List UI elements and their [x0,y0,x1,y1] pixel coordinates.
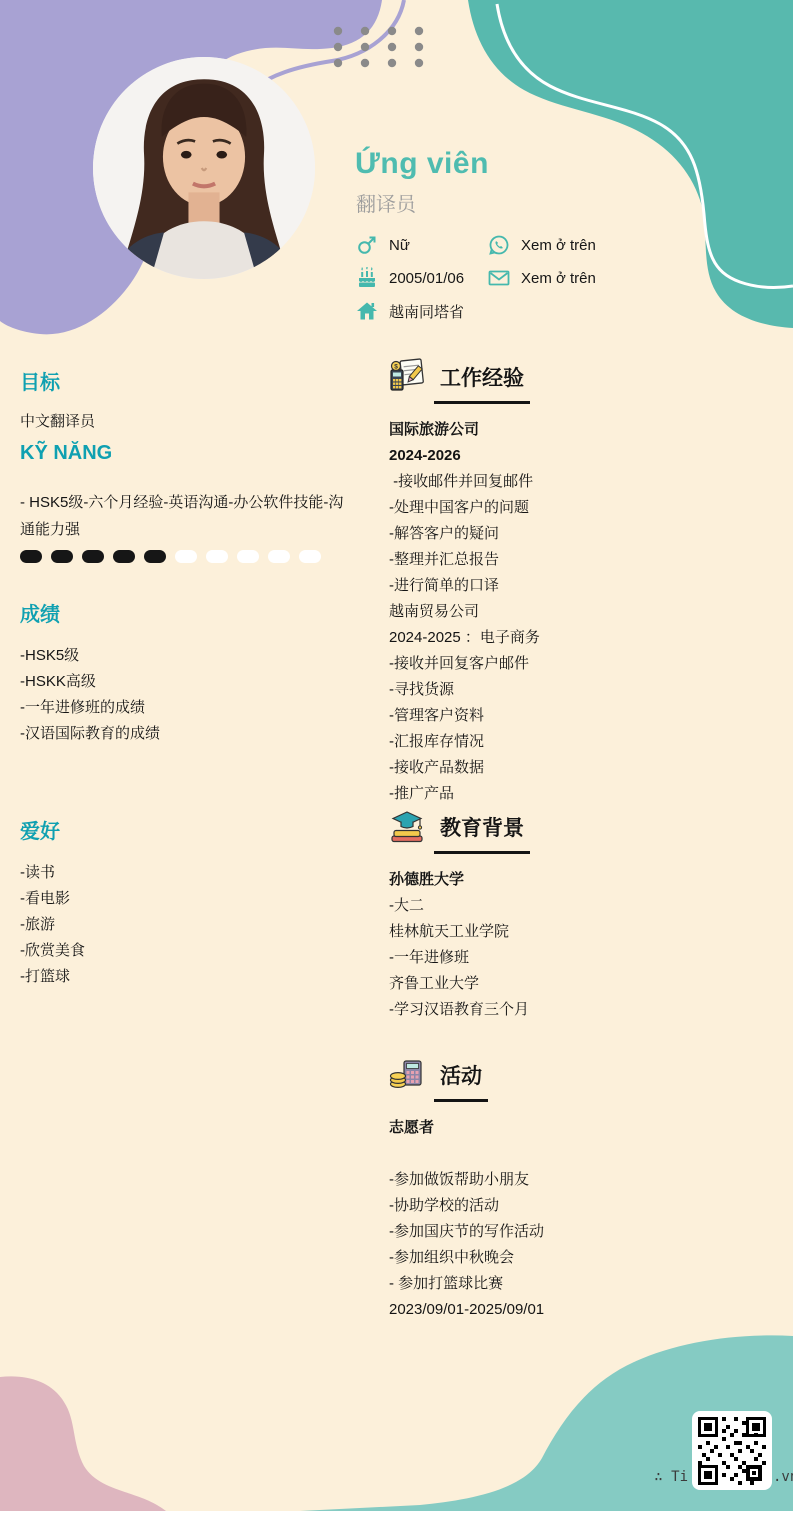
contact-email-value: Xem ở trên [521,270,596,287]
objective-title: 目标 [20,366,352,395]
list-item: -打篮球 [20,964,352,990]
work-experience-icon: $ [389,358,425,394]
experience-item: -接收产品数据 [389,755,787,781]
section-hobbies: 爱好 -读书 -看电影 -旅游 -欣赏美食 -打篮球 [20,815,352,990]
candidate-name: Ứng viên [355,147,489,181]
birthday-cake-icon [356,267,378,289]
contact-gender-value: Nữ [389,237,410,254]
experience-item: 2024-2025 ：电子商务 [389,625,787,651]
contact-address-value: 越南同塔省 [389,301,464,322]
contact-birthday: 2005/01/06 [356,267,464,289]
skill-pill [206,550,228,563]
list-item: -读书 [20,860,352,886]
watermark-text-left: ∴ Ti [600,1469,688,1485]
activity-item: -协助学校的活动 [389,1193,787,1219]
experience-item: -管理客户资料 [389,703,787,729]
education-header: 教育背景 [389,808,787,854]
section-experience: $ 工作经验 国际旅游公司 2024-2026 -接收邮件并回复邮件 -处理中国… [389,358,787,807]
cv-page: Ứng viên 翻译员 Nữ 2005/01/06 越南同塔省 Xem ở t… [0,0,793,1511]
envelope-icon [488,267,510,289]
svg-text:$: $ [394,364,398,371]
experience-item: -推广产品 [389,781,787,807]
blank-line [389,1141,787,1167]
experience-item: -处理中国客户的问题 [389,495,787,521]
experience-item: -整理并汇总报告 [389,547,787,573]
section-skills: KỸ NĂNG - HSK5级-六个月经验-英语沟通-办公软件技能-沟通能力强 [20,442,352,563]
experience-header: $ 工作经验 [389,358,787,404]
education-title: 教育背景 [434,808,530,854]
activity-item: -参加组织中秋晚会 [389,1245,787,1271]
skill-pill [175,550,197,563]
list-item: -旅游 [20,912,352,938]
list-item: -HSK5级 [20,643,352,669]
section-activities: 活动 志愿者 -参加做饭帮助小朋友 -协助学校的活动 -参加国庆节的写作活动 -… [389,1056,787,1323]
experience-item: -进行简单的口译 [389,573,787,599]
education-item: -一年进修班 [389,945,787,971]
graduation-books-icon [389,808,425,844]
activities-role: 志愿者 [389,1115,787,1141]
hobbies-title: 爱好 [20,815,352,844]
pink-blob-bottom-left [0,1376,166,1511]
skills-content: - HSK5级-六个月经验-英语沟通-办公软件技能-沟通能力强 [20,489,352,543]
education-school: 孙德胜大学 [389,867,787,893]
watermark-text-right: .vn [773,1469,793,1485]
contact-gender: Nữ [356,234,410,256]
education-item: -学习汉语教育三个月 [389,997,787,1023]
activity-item: -参加做饭帮助小朋友 [389,1167,787,1193]
dots-grid [334,27,423,67]
section-objective: 目标 中文翻译员 [20,366,352,435]
activity-item: 2023/09/01-2025/09/01 [389,1297,787,1323]
contact-birthday-value: 2005/01/06 [389,270,464,287]
list-item: -欣赏美食 [20,938,352,964]
skill-pill [51,550,73,563]
list-item: -一年进修班的成绩 [20,695,352,721]
skill-pill [82,550,104,563]
gender-icon [356,234,378,256]
experience-item: 越南贸易公司 [389,599,787,625]
experience-item: -寻找货源 [389,677,787,703]
home-icon [356,300,378,322]
education-body: 孙德胜大学 -大二 桂林航天工业学院 -一年进修班 齐鲁工业大学 -学习汉语教育… [389,867,787,1023]
achievements-title: 成绩 [20,598,352,627]
whatsapp-icon [488,234,510,256]
portrait-illustration [93,57,315,279]
section-education: 教育背景 孙德胜大学 -大二 桂林航天工业学院 -一年进修班 齐鲁工业大学 -学… [389,808,787,1023]
contact-phone: Xem ở trên [488,234,596,256]
skill-pill [299,550,321,563]
education-item: 桂林航天工业学院 [389,919,787,945]
skill-pill [268,550,290,563]
skill-pill [237,550,259,563]
objective-content: 中文翻译员 [20,409,352,435]
experience-item: -接收邮件并回复邮件 [389,469,787,495]
list-item: -汉语国际教育的成绩 [20,721,352,747]
education-item: 齐鲁工业大学 [389,971,787,997]
activity-item: -参加国庆节的写作活动 [389,1219,787,1245]
experience-item: -汇报库存情况 [389,729,787,755]
experience-company: 国际旅游公司 [389,417,787,443]
section-achievements: 成绩 -HSK5级 -HSKK高级 -一年进修班的成绩 -汉语国际教育的成绩 [20,598,352,747]
skill-rating-bar [20,550,352,563]
experience-item: -接收并回复客户邮件 [389,651,787,677]
qr-code-pattern [698,1417,766,1485]
education-item: -大二 [389,893,787,919]
list-item: -看电影 [20,886,352,912]
experience-period: 2024-2026 [389,443,787,469]
coins-calculator-icon [389,1056,425,1092]
candidate-job-title: 翻译员 [356,188,416,217]
experience-title: 工作经验 [434,358,530,404]
skills-title: KỸ NĂNG [20,442,352,465]
activities-header: 活动 [389,1056,787,1102]
skill-pill [113,550,135,563]
list-item: -HSKK高级 [20,669,352,695]
contact-address: 越南同塔省 [356,300,464,322]
skill-pill [20,550,42,563]
skill-pill [144,550,166,563]
contact-email: Xem ở trên [488,267,596,289]
avatar [93,57,315,279]
activities-body: 志愿者 -参加做饭帮助小朋友 -协助学校的活动 -参加国庆节的写作活动 -参加组… [389,1115,787,1323]
experience-body: 国际旅游公司 2024-2026 -接收邮件并回复邮件 -处理中国客户的问题 -… [389,417,787,807]
activity-item: - 参加打篮球比赛 [389,1271,787,1297]
activities-title: 活动 [434,1056,488,1102]
contact-phone-value: Xem ở trên [521,237,596,254]
experience-item: -解答客户的疑问 [389,521,787,547]
qr-code [692,1411,772,1490]
